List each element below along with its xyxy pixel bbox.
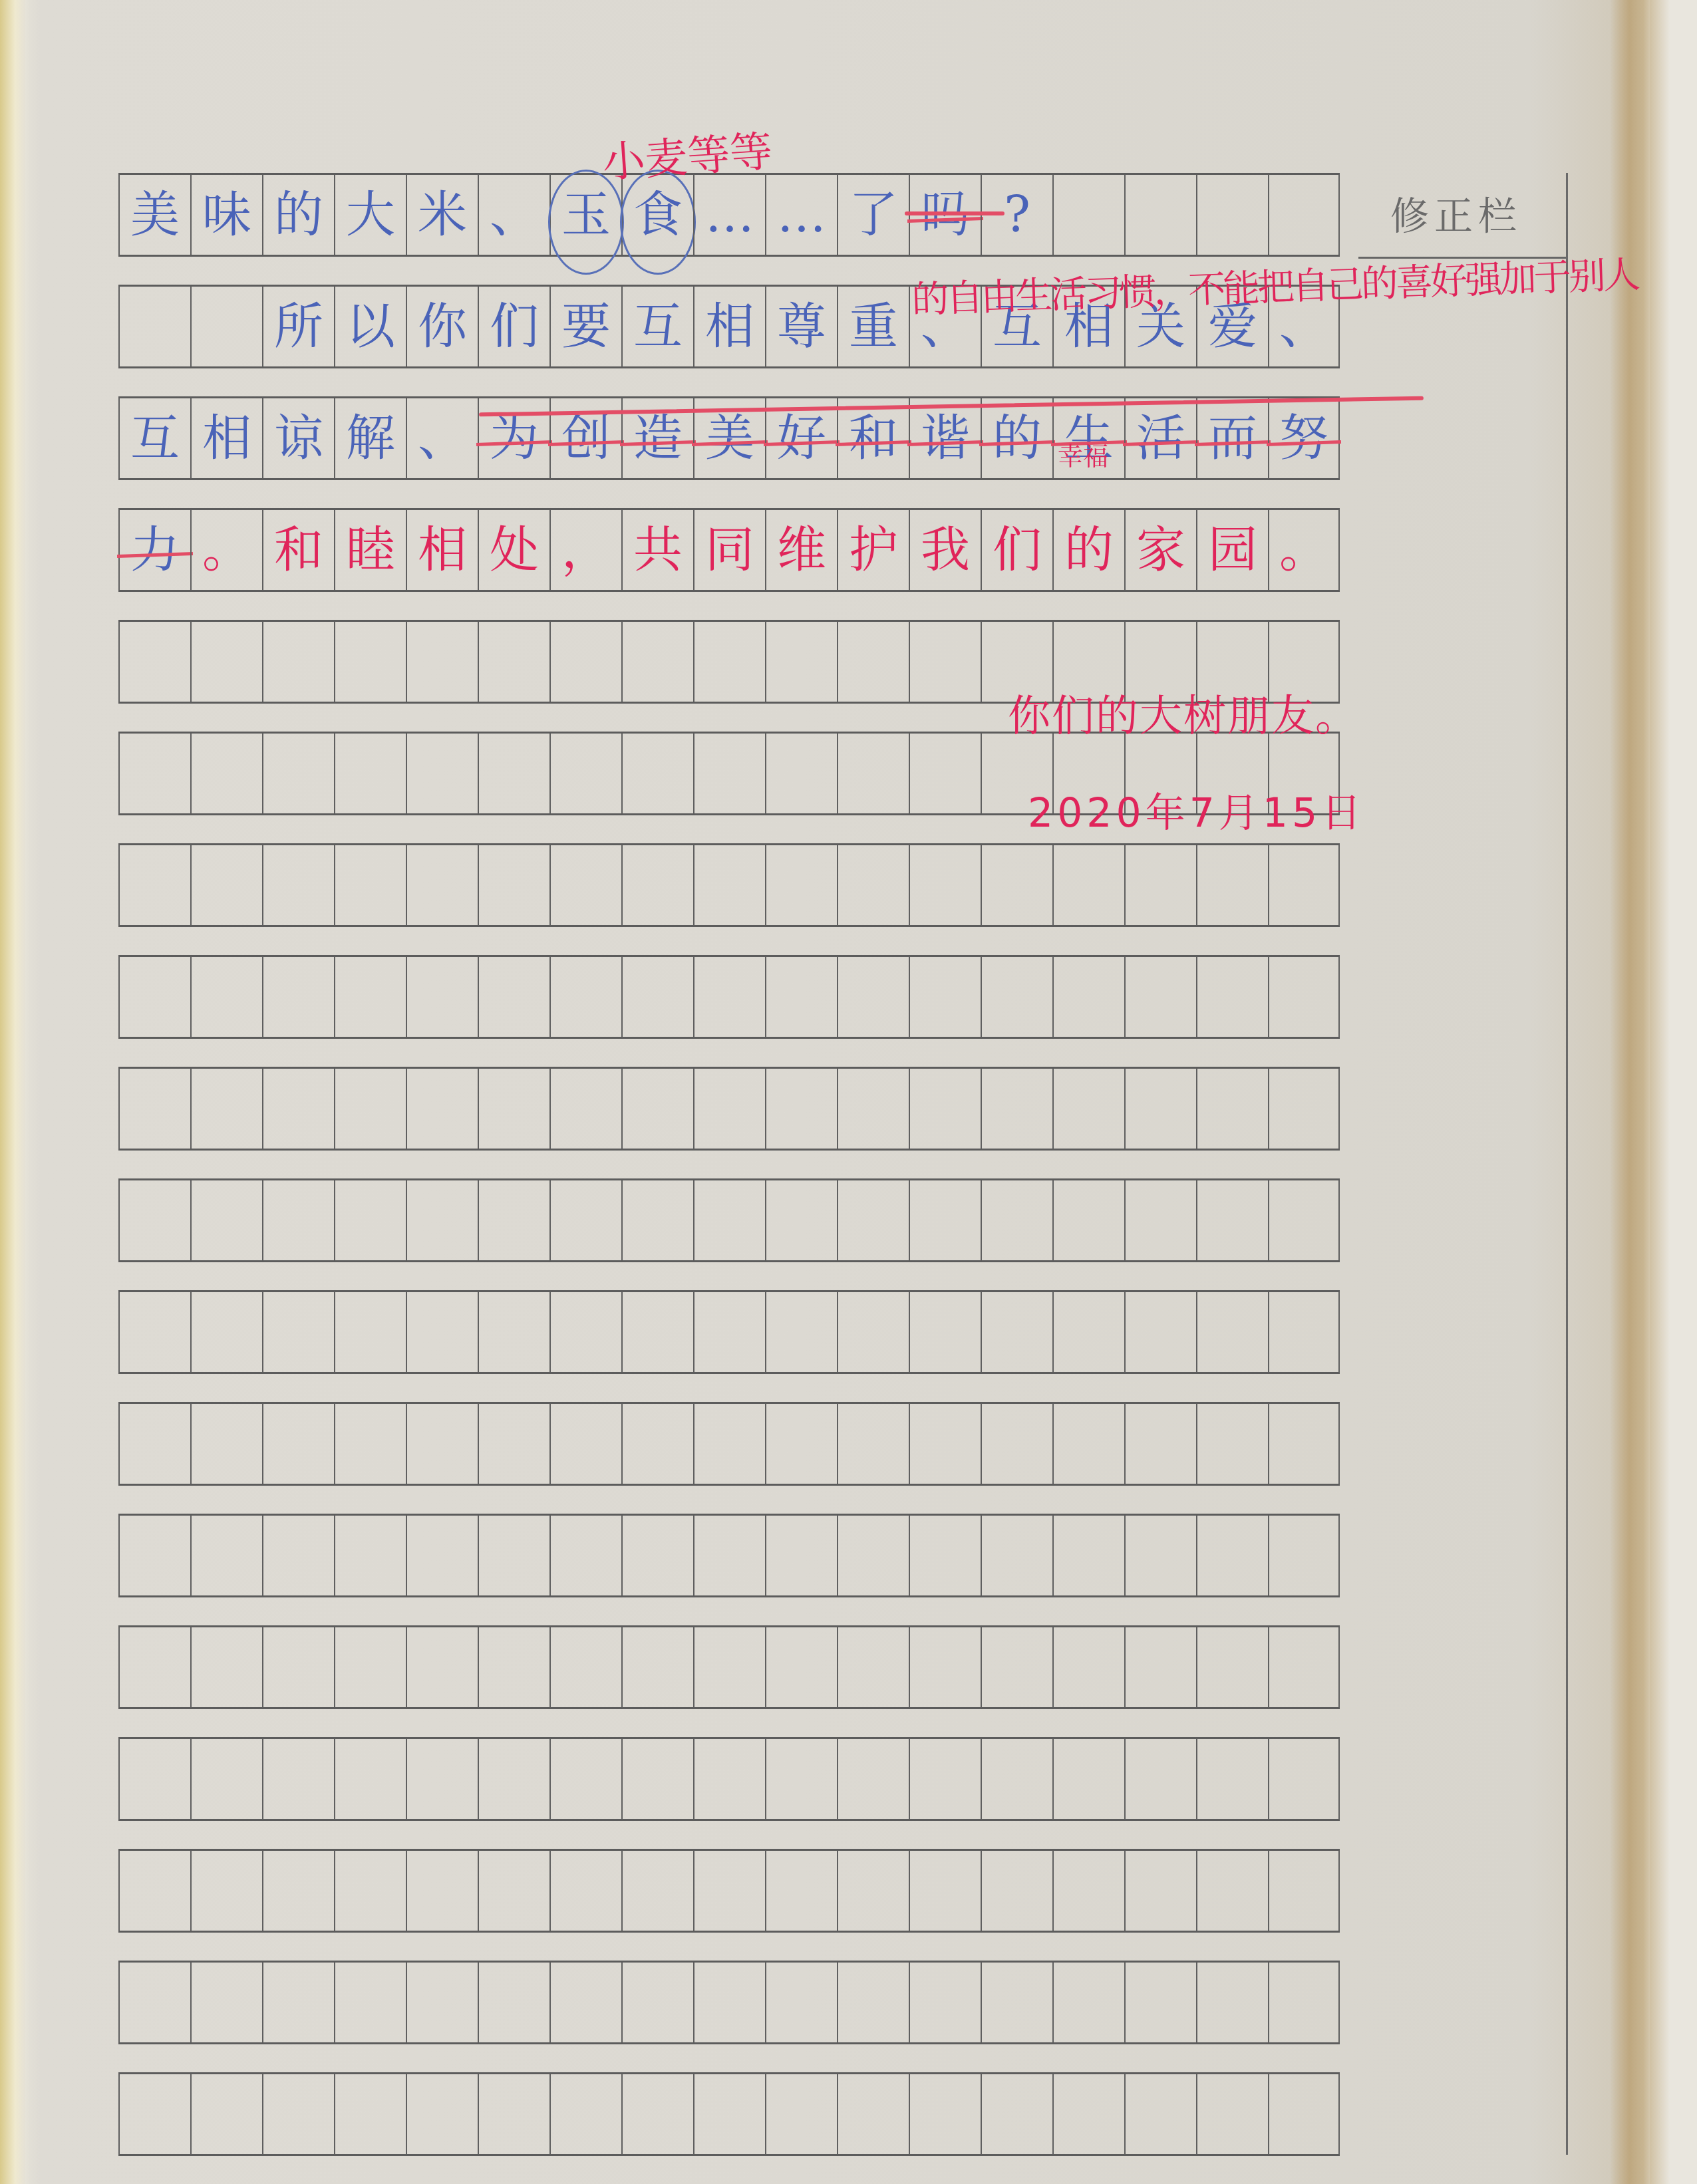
grid-cell xyxy=(621,1851,693,1931)
grid-cell xyxy=(837,845,909,925)
correction-column-title: 修正栏 xyxy=(1390,185,1522,241)
grid-cell xyxy=(981,1180,1052,1260)
grid-cell: 互 xyxy=(118,398,190,478)
grid-cell xyxy=(909,1404,981,1484)
grid-cell xyxy=(406,734,478,813)
grid-cell xyxy=(765,1516,837,1595)
grid-cell xyxy=(1196,1627,1268,1707)
grid-cell: 美 xyxy=(118,175,190,255)
grid-cell xyxy=(909,1963,981,2042)
grid-cell xyxy=(406,1739,478,1819)
grid-cell xyxy=(1124,2074,1196,2154)
grid-cell: 了 xyxy=(837,175,909,255)
grid-cell xyxy=(478,622,549,702)
grid-cell xyxy=(1196,1180,1268,1260)
grid-cell xyxy=(909,1069,981,1149)
grid-cell xyxy=(837,1292,909,1372)
grid-cell xyxy=(406,1627,478,1707)
grid-cell: 和 xyxy=(262,510,334,590)
grid-cell: 谅 xyxy=(262,398,334,478)
grid-cell: 、 xyxy=(406,398,478,478)
grid-cell xyxy=(765,1739,837,1819)
grid-cell xyxy=(693,1292,765,1372)
grid-cell xyxy=(118,1739,190,1819)
grid-cell xyxy=(693,1963,765,2042)
grid-cell xyxy=(837,1069,909,1149)
grid-cell xyxy=(909,957,981,1037)
grid-cell xyxy=(549,734,621,813)
grid-cell xyxy=(118,1404,190,1484)
grid-cell: 努 xyxy=(1268,398,1340,478)
grid-cell xyxy=(693,2074,765,2154)
grid-cell: 相 xyxy=(406,510,478,590)
grid-cell xyxy=(765,622,837,702)
grid-cell xyxy=(549,957,621,1037)
grid-cell: 处 xyxy=(478,510,549,590)
grid-cell: 重 xyxy=(837,287,909,366)
grid-cell: 维 xyxy=(765,510,837,590)
grid-cell xyxy=(549,1627,621,1707)
date: 2020年7月15日 xyxy=(1028,781,1365,839)
grid-cell xyxy=(621,622,693,702)
grid-cell xyxy=(621,1739,693,1819)
grid-cell xyxy=(837,1404,909,1484)
grid-cell xyxy=(1052,1069,1124,1149)
grid-cell xyxy=(406,1180,478,1260)
grid-cell xyxy=(981,1069,1052,1149)
grid-cell: 的 xyxy=(262,175,334,255)
grid-cell xyxy=(837,1963,909,2042)
signature: 你们的大树朋友。 xyxy=(1008,682,1359,743)
grid-cell xyxy=(1052,1292,1124,1372)
grid-cell xyxy=(1196,845,1268,925)
grid-cell: 和 xyxy=(837,398,909,478)
grid-cell xyxy=(334,845,406,925)
grid-cell xyxy=(1124,1739,1196,1819)
grid-cell xyxy=(1268,1069,1340,1149)
grid-row xyxy=(118,1625,1340,1709)
grid-cell xyxy=(1052,1851,1124,1931)
grid-cell: … xyxy=(693,175,765,255)
grid-cell xyxy=(478,1627,549,1707)
grid-cell xyxy=(262,1404,334,1484)
grid-cell xyxy=(693,957,765,1037)
grid-cell xyxy=(262,957,334,1037)
grid-cell: 园 xyxy=(1196,510,1268,590)
grid-cell xyxy=(334,734,406,813)
grid-cell xyxy=(1268,845,1340,925)
grid-cell xyxy=(1124,1516,1196,1595)
grid-cell xyxy=(118,1180,190,1260)
notebook-binding xyxy=(0,0,25,2184)
grid-cell xyxy=(262,845,334,925)
grid-cell xyxy=(909,1851,981,1931)
grid-cell xyxy=(118,1851,190,1931)
grid-cell xyxy=(118,287,190,366)
grid-cell xyxy=(693,734,765,813)
grid-cell xyxy=(765,1292,837,1372)
grid-cell xyxy=(981,1516,1052,1595)
grid-cell: 相 xyxy=(190,398,262,478)
grid-row xyxy=(118,1737,1340,1821)
grid-cell xyxy=(406,1292,478,1372)
grid-cell: 我 xyxy=(909,510,981,590)
grid-cell xyxy=(1268,175,1340,255)
grid-cell xyxy=(478,957,549,1037)
grid-cell xyxy=(549,1404,621,1484)
grid-cell xyxy=(909,1739,981,1819)
grid-cell xyxy=(334,1739,406,1819)
grid-cell xyxy=(262,2074,334,2154)
grid-cell xyxy=(693,1627,765,1707)
grid-cell xyxy=(262,1851,334,1931)
grid-cell: 家 xyxy=(1124,510,1196,590)
grid-cell xyxy=(478,1404,549,1484)
grid-cell xyxy=(1052,175,1124,255)
grid-cell xyxy=(981,1627,1052,1707)
grid-cell xyxy=(1196,1963,1268,2042)
grid-cell: … xyxy=(765,175,837,255)
grid-cell xyxy=(118,1627,190,1707)
grid-cell xyxy=(1196,1069,1268,1149)
grid-cell xyxy=(693,622,765,702)
grid-cell xyxy=(334,1516,406,1595)
grid-cell xyxy=(1052,957,1124,1037)
strike-line-row1 xyxy=(905,211,1004,215)
grid-cell xyxy=(190,1069,262,1149)
grid-cell xyxy=(118,1516,190,1595)
grid-cell xyxy=(837,734,909,813)
grid-cell xyxy=(190,1851,262,1931)
grid-cell xyxy=(621,1963,693,2042)
grid-cell xyxy=(118,957,190,1037)
grid-cell xyxy=(1052,1963,1124,2042)
grid-cell xyxy=(262,1180,334,1260)
grid-cell xyxy=(1196,1404,1268,1484)
grid-cell xyxy=(549,622,621,702)
grid-cell xyxy=(262,1963,334,2042)
grid-cell xyxy=(190,1180,262,1260)
grid-cell xyxy=(837,957,909,1037)
grid-cell: 解 xyxy=(334,398,406,478)
grid-cell xyxy=(549,1516,621,1595)
grid-row xyxy=(118,1402,1340,1486)
grid-cell xyxy=(693,1851,765,1931)
grid-cell xyxy=(837,1516,909,1595)
grid-cell xyxy=(1124,1180,1196,1260)
grid-cell xyxy=(621,734,693,813)
grid-cell xyxy=(190,845,262,925)
grid-cell xyxy=(1124,957,1196,1037)
grid-cell: 米 xyxy=(406,175,478,255)
grid-row xyxy=(118,1178,1340,1262)
grid-cell xyxy=(1052,845,1124,925)
grid-cell xyxy=(406,1516,478,1595)
grid-cell xyxy=(334,622,406,702)
page-edge-shadow xyxy=(1610,0,1650,2184)
grid-cell xyxy=(1268,1404,1340,1484)
grid-cell: 要 xyxy=(549,287,621,366)
grid-row: 力。和睦相处，共同维护我们的家园。 xyxy=(118,508,1340,592)
grid-row xyxy=(118,1067,1340,1151)
grid-cell xyxy=(765,1963,837,2042)
grid-row xyxy=(118,2072,1340,2156)
grid-cell xyxy=(1052,2074,1124,2154)
grid-cell xyxy=(118,845,190,925)
grid-cell xyxy=(1052,1180,1124,1260)
grid-cell xyxy=(406,2074,478,2154)
grid-cell xyxy=(478,1516,549,1595)
grid-cell xyxy=(190,1404,262,1484)
grid-cell: 护 xyxy=(837,510,909,590)
grid-cell xyxy=(837,1851,909,1931)
grid-row xyxy=(118,1514,1340,1597)
grid-cell xyxy=(190,1627,262,1707)
insertion-wheat-etc: 小麦等等 xyxy=(600,117,774,190)
grid-cell xyxy=(118,1069,190,1149)
grid-cell xyxy=(478,734,549,813)
grid-cell xyxy=(693,845,765,925)
grid-cell xyxy=(981,1292,1052,1372)
grid-cell xyxy=(1052,1627,1124,1707)
grid-cell xyxy=(1268,1180,1340,1260)
grid-cell xyxy=(621,957,693,1037)
grid-cell xyxy=(621,1292,693,1372)
grid-cell: 们 xyxy=(981,510,1052,590)
grid-cell xyxy=(1124,1627,1196,1707)
grid-cell xyxy=(262,1739,334,1819)
grid-cell xyxy=(621,2074,693,2154)
grid-cell xyxy=(693,1180,765,1260)
grid-cell xyxy=(190,622,262,702)
grid-cell: 的 xyxy=(1052,510,1124,590)
grid-cell xyxy=(981,1404,1052,1484)
grid-cell xyxy=(1124,175,1196,255)
grid-cell xyxy=(478,1963,549,2042)
grid-cell: 为 xyxy=(478,398,549,478)
grid-cell xyxy=(765,1404,837,1484)
grid-cell xyxy=(621,1627,693,1707)
margin-divider xyxy=(1358,257,1566,259)
grid-cell xyxy=(334,1627,406,1707)
grid-cell: 尊 xyxy=(765,287,837,366)
grid-cell xyxy=(262,1069,334,1149)
grid-cell xyxy=(981,1851,1052,1931)
grid-cell xyxy=(549,2074,621,2154)
grid-cell xyxy=(1196,2074,1268,2154)
grid-row: 美味的大米、玉食……了吗? xyxy=(118,173,1340,257)
grid-cell xyxy=(1268,2074,1340,2154)
grid-cell xyxy=(334,2074,406,2154)
composition-grid: 美味的大米、玉食……了吗?所以你们要互相尊重、互相关爱、互相谅解、为创造美好和谐… xyxy=(118,173,1340,2184)
grid-cell: 以 xyxy=(334,287,406,366)
grid-cell xyxy=(1268,957,1340,1037)
grid-cell: 们 xyxy=(478,287,549,366)
grid-row xyxy=(118,1961,1340,2044)
grid-cell xyxy=(334,1180,406,1260)
insertion-happiness: 幸福 xyxy=(1058,436,1108,472)
grid-cell: 大 xyxy=(334,175,406,255)
grid-cell xyxy=(190,957,262,1037)
grid-cell xyxy=(478,1069,549,1149)
grid-cell: 。 xyxy=(190,510,262,590)
grid-cell: 相 xyxy=(693,287,765,366)
grid-cell xyxy=(981,1739,1052,1819)
grid-cell xyxy=(406,1963,478,2042)
grid-cell xyxy=(837,1627,909,1707)
grid-cell xyxy=(549,1963,621,2042)
grid-cell: 所 xyxy=(262,287,334,366)
grid-cell xyxy=(1052,1404,1124,1484)
grid-cell: 而 xyxy=(1196,398,1268,478)
grid-cell xyxy=(693,1069,765,1149)
grid-row xyxy=(118,843,1340,927)
grid-cell xyxy=(909,1516,981,1595)
grid-cell xyxy=(262,734,334,813)
grid-cell xyxy=(1196,957,1268,1037)
grid-cell xyxy=(1196,175,1268,255)
grid-cell xyxy=(549,1180,621,1260)
grid-cell xyxy=(693,1516,765,1595)
grid-row xyxy=(118,955,1340,1039)
grid-cell xyxy=(406,957,478,1037)
grid-cell xyxy=(190,287,262,366)
grid-cell xyxy=(693,1404,765,1484)
grid-cell xyxy=(765,734,837,813)
grid-cell xyxy=(262,1292,334,1372)
grid-cell xyxy=(621,1069,693,1149)
grid-cell xyxy=(262,1516,334,1595)
grid-cell: 共 xyxy=(621,510,693,590)
grid-cell xyxy=(1268,1516,1340,1595)
grid-cell xyxy=(549,845,621,925)
grid-row xyxy=(118,1849,1340,1933)
grid-cell xyxy=(765,957,837,1037)
grid-cell xyxy=(837,622,909,702)
grid-cell xyxy=(1124,1851,1196,1931)
correction-column xyxy=(1358,173,1568,2155)
grid-cell xyxy=(334,957,406,1037)
grid-cell xyxy=(262,1627,334,1707)
grid-cell xyxy=(118,622,190,702)
grid-cell xyxy=(1196,1292,1268,1372)
grid-cell xyxy=(478,1851,549,1931)
grid-cell xyxy=(621,1516,693,1595)
grid-cell xyxy=(1052,1516,1124,1595)
grid-cell xyxy=(262,622,334,702)
grid-cell xyxy=(621,1404,693,1484)
grid-cell xyxy=(765,845,837,925)
grid-cell xyxy=(406,1069,478,1149)
grid-cell xyxy=(478,1180,549,1260)
grid-cell xyxy=(118,2074,190,2154)
grid-cell: ， xyxy=(549,510,621,590)
grid-cell xyxy=(981,957,1052,1037)
grid-cell xyxy=(1196,1851,1268,1931)
grid-cell: 。 xyxy=(1268,510,1340,590)
grid-cell xyxy=(837,1180,909,1260)
grid-cell xyxy=(693,1739,765,1819)
grid-cell xyxy=(334,1404,406,1484)
grid-cell xyxy=(118,734,190,813)
grid-cell xyxy=(837,2074,909,2154)
grid-cell: 同 xyxy=(693,510,765,590)
grid-cell xyxy=(981,845,1052,925)
grid-cell xyxy=(1124,845,1196,925)
grid-cell xyxy=(909,2074,981,2154)
grid-cell xyxy=(334,1069,406,1149)
grid-cell xyxy=(118,1963,190,2042)
grid-cell xyxy=(406,845,478,925)
grid-cell xyxy=(406,1851,478,1931)
grid-cell: 睦 xyxy=(334,510,406,590)
grid-cell xyxy=(1196,1739,1268,1819)
grid-cell xyxy=(909,734,981,813)
grid-cell: 谐 xyxy=(909,398,981,478)
grid-cell xyxy=(1196,1516,1268,1595)
grid-cell xyxy=(765,1627,837,1707)
grid-cell: 互 xyxy=(621,287,693,366)
grid-cell xyxy=(190,2074,262,2154)
grid-cell xyxy=(1124,1404,1196,1484)
grid-cell xyxy=(334,1963,406,2042)
grid-cell: 味 xyxy=(190,175,262,255)
grid-cell xyxy=(190,1516,262,1595)
grid-cell xyxy=(478,1739,549,1819)
grid-cell xyxy=(909,1180,981,1260)
grid-cell xyxy=(190,1292,262,1372)
grid-cell xyxy=(981,1963,1052,2042)
grid-cell xyxy=(1052,1739,1124,1819)
grid-cell: 你 xyxy=(406,287,478,366)
grid-cell xyxy=(406,622,478,702)
grid-cell xyxy=(909,1292,981,1372)
grid-cell xyxy=(981,2074,1052,2154)
grid-cell xyxy=(549,1292,621,1372)
grid-cell xyxy=(478,2074,549,2154)
grid-cell xyxy=(118,1292,190,1372)
grid-cell xyxy=(909,1627,981,1707)
grid-cell xyxy=(549,1739,621,1819)
grid-cell xyxy=(190,734,262,813)
grid-cell xyxy=(1124,1963,1196,2042)
grid-cell xyxy=(1124,1292,1196,1372)
grid-cell xyxy=(621,1180,693,1260)
grid-cell xyxy=(837,1739,909,1819)
grid-cell xyxy=(909,622,981,702)
grid-cell xyxy=(621,845,693,925)
grid-cell xyxy=(909,845,981,925)
grid-cell xyxy=(549,1851,621,1931)
grid-cell: 力 xyxy=(118,510,190,590)
grid-cell: 的 xyxy=(981,398,1052,478)
grid-cell xyxy=(765,1851,837,1931)
grid-cell xyxy=(334,1851,406,1931)
grid-cell xyxy=(406,1404,478,1484)
grid-row xyxy=(118,1290,1340,1374)
grid-cell xyxy=(1268,1292,1340,1372)
grid-cell xyxy=(1268,1851,1340,1931)
grid-cell xyxy=(478,1292,549,1372)
grid-cell: 活 xyxy=(1124,398,1196,478)
grid-cell xyxy=(190,1963,262,2042)
grid-cell xyxy=(334,1292,406,1372)
grid-cell xyxy=(1268,1963,1340,2042)
grid-cell: 、 xyxy=(478,175,549,255)
grid-cell xyxy=(478,845,549,925)
grid-cell xyxy=(765,2074,837,2154)
grid-cell xyxy=(190,1739,262,1819)
